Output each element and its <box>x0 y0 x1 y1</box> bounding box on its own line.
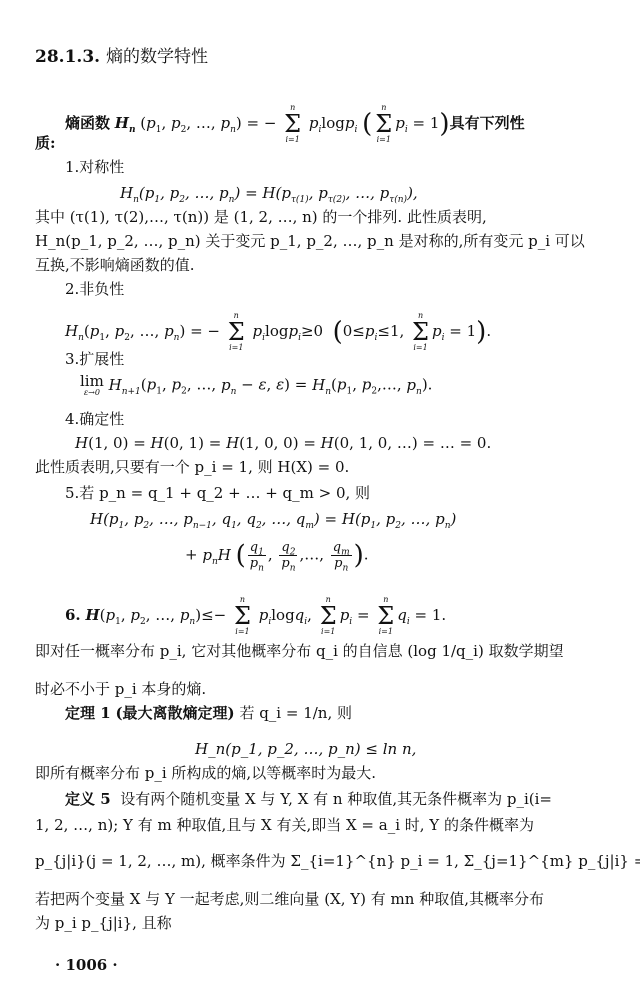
definition-label: 定义 5 <box>65 790 111 808</box>
intro-line: 熵函数 Hn (p1, p2, …, pn) = − nΣi=1 pilogpi… <box>65 104 525 144</box>
property-1-text-3: 互换,不影响熵函数的值. <box>35 256 195 274</box>
property-5-formula-line2: + pnH (q1pn, q2pn,…, qmpn). <box>185 540 369 571</box>
definition-5-line-1: 定义 5 设有两个随机变量 X 与 Y, X 有 n 种取值,其无条件概率为 p… <box>65 790 552 808</box>
property-1-heading: 1.对称性 <box>65 158 124 176</box>
theorem-condition: 若 q_i = 1/n, 则 <box>239 704 352 722</box>
theorem-text: 即所有概率分布 p_i 所构成的熵,以等概率时为最大. <box>35 764 376 782</box>
property-4-formula: H(1, 0) = H(0, 1) = H(1, 0, 0) = H(0, 1,… <box>75 434 491 452</box>
property-6-heading: 6. <box>65 606 81 624</box>
section-heading: 28.1.3. 熵的数学特性 <box>35 48 208 66</box>
intro-prefix: 熵函数 <box>65 114 110 132</box>
theorem-formula: H_n(p_1, p_2, …, p_n) ≤ ln n, <box>195 740 416 758</box>
intro-suffix: 具有下列性 <box>450 114 525 132</box>
property-3-heading: 3.扩展性 <box>65 350 124 368</box>
property-6-formula: 6. H(p1, p2, …, pn)≤− nΣi=1 pilogqi, nΣi… <box>65 596 446 636</box>
property-4-heading: 4.确定性 <box>65 410 124 428</box>
property-1-text-1: 其中 (τ(1), τ(2),…, τ(n)) 是 (1, 2, …, n) 的… <box>35 208 487 226</box>
property-5-formula-line1: H(p1, p2, …, pn−1, q1, q2, …, qm) = H(p1… <box>90 510 456 528</box>
property-6-text-2: 时必不小于 p_i 本身的熵. <box>35 680 206 698</box>
section-number: 28.1.3. <box>35 47 100 67</box>
theorem-1: 定理 1 (最大离散熵定理) 若 q_i = 1/n, 则 <box>65 704 352 722</box>
property-2-formula: Hn(p1, p2, …, pn) = − nΣi=1 pilogpi≥0 (0… <box>65 312 491 352</box>
property-5-heading: 5.若 p_n = q_1 + q_2 + … + q_m > 0, 则 <box>65 484 370 502</box>
section-title: 熵的数学特性 <box>106 47 208 67</box>
property-1-formula: Hn(p1, p2, …, pn) = H(pτ(1), pτ(2), …, p… <box>120 184 418 202</box>
property-3-formula: limε→0 Hn+1(p1, p2, …, pn − ε, ε) = Hn(p… <box>80 374 432 397</box>
page-number: · 1006 · <box>55 956 118 974</box>
property-4-text: 此性质表明,只要有一个 p_i = 1, 则 H(X) = 0. <box>35 458 349 476</box>
definition-5-line-3: p_{j|i}(j = 1, 2, …, m), 概率条件为 Σ_{i=1}^{… <box>35 852 640 870</box>
definition-5-line-2: 1, 2, …, n); Y 有 m 种取值,且与 X 有关,即当 X = a_… <box>35 816 534 834</box>
intro-continuation: 质: <box>35 134 56 152</box>
property-2-heading: 2.非负性 <box>65 280 124 298</box>
property-1-text-2: H_n(p_1, p_2, …, p_n) 关于变元 p_1, p_2, …, … <box>35 232 585 250</box>
theorem-name: (最大离散熵定理) <box>115 704 234 722</box>
theorem-label: 定理 1 <box>65 704 111 722</box>
definition-5-line-4: 若把两个变量 X 与 Y 一起考虑,则二维向量 (X, Y) 有 mn 种取值,… <box>35 890 544 908</box>
property-6-text-1: 即对任一概率分布 p_i, 它对其他概率分布 q_i 的自信息 (log 1/q… <box>35 642 564 660</box>
definition-5-line-5: 为 p_i p_{j|i}, 且称 <box>35 914 172 932</box>
